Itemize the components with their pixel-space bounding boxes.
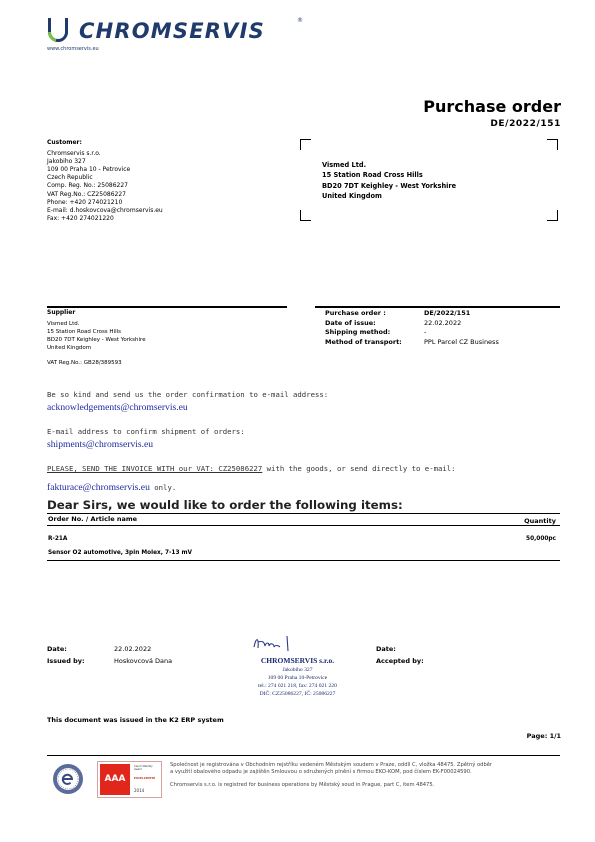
- signature-icon: [250, 633, 300, 653]
- customer-line: VAT Reg.No.: CZ25086227: [47, 191, 247, 199]
- order-info-label: Shipping method:: [325, 328, 424, 338]
- items-table: Order No. / Article name Quantity R-21A …: [47, 513, 560, 561]
- supplier-line: 15 Station Road Cross Hills: [47, 328, 287, 336]
- items-heading: Dear Sirs, we would like to order the fo…: [47, 498, 403, 512]
- footer-legal-line: a využití obalového odpadu je zajištěn S…: [170, 769, 472, 776]
- invoice-email-line: fakturace@chromservis.eu only.: [47, 475, 176, 494]
- customer-header: Customer:: [47, 139, 247, 147]
- signoff-row: Date:: [376, 643, 424, 655]
- ekokom-seal-icon: [52, 763, 84, 795]
- customer-line: Phone: +420 274021210: [47, 199, 247, 207]
- registered-mark: ®: [297, 17, 303, 24]
- document-title: Purchase order: [423, 97, 561, 116]
- order-info-value: DE/2022/151: [424, 309, 470, 319]
- corner-mark: [300, 210, 311, 221]
- erp-note: This document was issued in the K2 ERP s…: [47, 716, 224, 724]
- badge-year: 2014: [134, 788, 144, 793]
- items-table-header: Order No. / Article name Quantity: [47, 513, 560, 526]
- order-info-value: -: [424, 328, 426, 338]
- order-info-row: Shipping method: -: [325, 328, 499, 338]
- supplier-line: United Kingdom: [47, 344, 287, 352]
- shipment-instruction: E-mail address to confirm shipment of or…: [47, 427, 245, 436]
- order-info-value: PPL Parcel CZ Business: [424, 338, 499, 348]
- address-line: United Kingdom: [322, 191, 456, 201]
- divider: [315, 306, 560, 308]
- stamp-company: CHROMSERVIS s.r.o.: [240, 656, 355, 665]
- invoice-instruction: PLEASE, SEND THE INVOICE WITH our VAT: C…: [47, 464, 456, 473]
- page-number: Page: 1/1: [527, 732, 561, 740]
- signoff-row: Accepted by:: [376, 655, 424, 667]
- chromservis-logo-icon: [47, 18, 69, 44]
- order-info-label: Purchase order :: [325, 309, 424, 319]
- issuer-signoff: Date: 22.02.2022 Issued by: Hoskovcová D…: [47, 643, 172, 667]
- signoff-row: Issued by: Hoskovcová Dana: [47, 655, 172, 667]
- supplier-header: Supplier: [47, 309, 287, 317]
- stamp-line: Jakobiho 327: [240, 667, 355, 673]
- company-logo: CHROMSERVIS ® www.chromservis.eu: [44, 15, 284, 53]
- order-info-value: 22.02.2022: [424, 319, 461, 329]
- footer-legal-line: Společnost je registrována v Obchodním r…: [170, 762, 492, 769]
- badge-label: EXCELLENTNÍ: [134, 776, 155, 780]
- company-stamp: CHROMSERVIS s.r.o. Jakobiho 327 109 00 P…: [240, 633, 355, 713]
- recipient-address-window: Vismed Ltd. 15 Station Road Cross Hills …: [300, 139, 558, 221]
- customer-line: Fax: +420 274021220: [47, 215, 247, 223]
- corner-mark: [300, 139, 311, 150]
- signoff-value: Hoskovcová Dana: [114, 655, 172, 667]
- address-line: Vismed Ltd.: [322, 160, 456, 170]
- brand-wordmark: CHROMSERVIS: [79, 19, 265, 43]
- shipments-email-link[interactable]: shipments@chromservis.eu: [47, 439, 153, 450]
- signoff-label: Accepted by:: [376, 655, 424, 667]
- customer-email: E-mail: d.hoskovcova@chromservis.eu: [47, 207, 247, 215]
- order-info-row: Date of issue: 22.02.2022: [325, 319, 499, 329]
- signoff-label: Date:: [47, 643, 114, 655]
- badge-caption: Czech Stability Award: [134, 765, 160, 771]
- supplier-vat: VAT Reg.No.: GB28/389593: [47, 359, 287, 367]
- invoice-instruction-rest: with the goods, or send directly to e-ma…: [262, 464, 455, 473]
- signoff-label: Issued by:: [47, 655, 114, 667]
- signoff-label: Date:: [376, 643, 396, 655]
- address-line: 15 Station Road Cross Hills: [322, 170, 456, 180]
- footer: AAA Czech Stability Award EXCELLENTNÍ 20…: [47, 755, 560, 800]
- table-row: R-21A Sensor O2 automotive, 3pin Molex, …: [47, 526, 560, 561]
- recipient-address: Vismed Ltd. 15 Station Road Cross Hills …: [322, 160, 456, 201]
- address-line: BD20 7DT Keighley - West Yorkshire: [322, 181, 456, 191]
- customer-line: Jakobiho 327: [47, 158, 247, 166]
- order-info-row: Method of transport: PPL Parcel CZ Busin…: [325, 338, 499, 348]
- column-quantity: Quantity: [524, 516, 556, 526]
- order-info: Purchase order : DE/2022/151 Date of iss…: [325, 309, 499, 347]
- stamp-line: DIČ: CZ25086227, IČ: 25086227: [240, 691, 355, 697]
- corner-mark: [547, 139, 558, 150]
- order-info-row: Purchase order : DE/2022/151: [325, 309, 499, 319]
- document-number: DE/2022/151: [490, 119, 561, 129]
- aaa-rating-badge: AAA Czech Stability Award EXCELLENTNÍ 20…: [97, 761, 162, 798]
- customer-block: Customer: Chromservis s.r.o. Jakobiho 32…: [47, 139, 247, 223]
- supplier-line: Vismed Ltd.: [47, 320, 287, 328]
- item-code: R-21A: [48, 536, 67, 542]
- customer-line: Comp. Reg. No.: 25086227: [47, 182, 247, 190]
- item-name: Sensor O2 automotive, 3pin Molex, 7-13 m…: [48, 550, 192, 556]
- corner-mark: [547, 210, 558, 221]
- stamp-line: 109 00 Praha 10-Petrovice: [240, 675, 355, 681]
- footer-divider: [47, 755, 560, 756]
- invoice-instruction-emphasis: PLEASE, SEND THE INVOICE WITH our VAT: C…: [47, 464, 262, 473]
- customer-line: 109 00 Praha 10 - Petrovice: [47, 166, 247, 174]
- invoice-email-link[interactable]: fakturace@chromservis.eu: [47, 482, 150, 493]
- acknowledgements-email-link[interactable]: acknowledgements@chromservis.eu: [47, 402, 188, 413]
- confirmation-instruction: Be so kind and send us the order confirm…: [47, 390, 328, 399]
- order-info-label: Date of issue:: [325, 319, 424, 329]
- column-article: Order No. / Article name: [48, 514, 137, 524]
- acceptance-signoff: Date: Accepted by:: [376, 643, 424, 667]
- order-info-label: Method of transport:: [325, 338, 424, 348]
- invoice-email-suffix: only.: [150, 483, 176, 492]
- footer-legal-line: Chromservis s.r.o. is registred for busi…: [170, 782, 434, 789]
- customer-line: Chromservis s.r.o.: [47, 150, 247, 158]
- item-quantity: 50,000pc: [526, 536, 556, 542]
- customer-line: Czech Republic: [47, 174, 247, 182]
- aaa-rating: AAA: [100, 764, 130, 795]
- supplier-line: BD20 7DT Keighley - West Yorkshire: [47, 336, 287, 344]
- signoff-value: 22.02.2022: [114, 643, 151, 655]
- signoff-row: Date: 22.02.2022: [47, 643, 172, 655]
- divider: [47, 306, 287, 308]
- brand-url[interactable]: www.chromservis.eu: [47, 46, 99, 52]
- supplier-block: Supplier Vismed Ltd. 15 Station Road Cro…: [47, 309, 287, 367]
- stamp-line: tel.: 274 021 218, fax: 274 021 220: [240, 683, 355, 689]
